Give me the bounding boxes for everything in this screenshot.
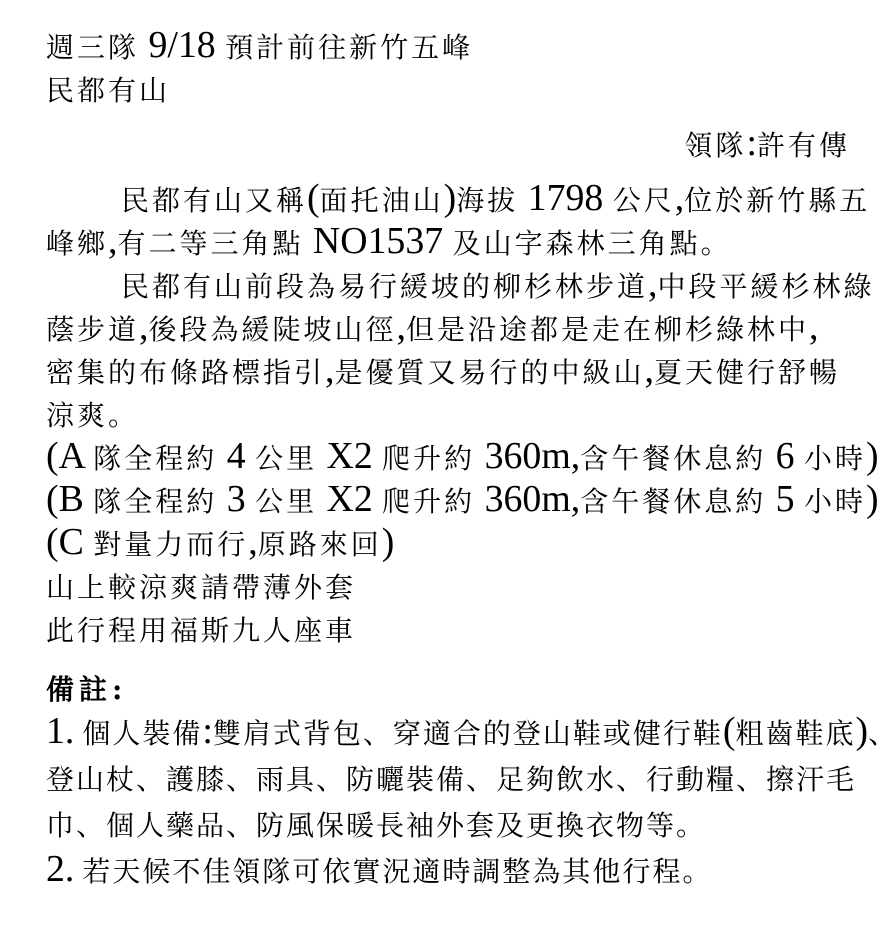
note-item-2: 2.若天候不佳領隊可依實況適時調整為其他行程。 <box>46 849 868 895</box>
notes-heading: 備註: <box>46 668 868 711</box>
description-line-2: 蔭步道,後段為緩陡坡山徑,但是沿途都是走在柳杉綠林中, <box>46 308 868 351</box>
description-line-1: 民都有山前段為易行緩坡的柳杉林步道,中段平緩杉林綠 <box>46 265 868 308</box>
note-item-1-text: 個人裝備:雙肩式背包、穿適合的登山鞋或健行鞋(粗齒鞋底)、 <box>82 717 892 750</box>
description-line-3: 密集的布條路標指引,是優質又易行的中級山,夏天健行舒暢 <box>46 351 868 394</box>
note-item-1-line-3: 巾、個人藥品、防風保暖長袖外套及更換衣物等。 <box>46 803 868 849</box>
note-item-2-text: 若天候不佳領隊可依實況適時調整為其他行程。 <box>82 855 712 888</box>
note-item-1-line-2: 登山杖、護膝、雨具、防曬裝備、足夠飲水、行動糧、擦汗毛 <box>46 757 868 803</box>
note-item-1-line-1: 1.個人裝備:雙肩式背包、穿適合的登山鞋或健行鞋(粗齒鞋底)、 <box>46 711 868 757</box>
vehicle-info: 此行程用福斯九人座車 <box>46 609 868 652</box>
intro-line-2: 峰鄉,有二等三角點 NO1537 及山字森林三角點。 <box>46 222 868 265</box>
leader-line: 領隊:許有傳 <box>46 124 868 167</box>
trip-title: 週三隊 9/18 預計前往新竹五峰 <box>46 26 868 69</box>
note-item-2-number: 2. <box>46 848 74 890</box>
team-a-plan: (A 隊全程約 4 公里 X2 爬升約 360m,含午餐休息約 6 小時) <box>46 437 868 480</box>
intro-line-1: 民都有山又稱(面托油山)海拔 1798 公尺,位於新竹縣五 <box>46 179 868 222</box>
mountain-name: 民都有山 <box>46 69 868 112</box>
note-item-1-number: 1. <box>46 710 74 752</box>
document-page: 週三隊 9/18 預計前往新竹五峰 民都有山 領隊:許有傳 民都有山又稱(面托油… <box>0 0 892 934</box>
description-line-4: 涼爽。 <box>46 394 868 437</box>
team-c-plan: (C 對量力而行,原路來回) <box>46 523 868 566</box>
jacket-reminder: 山上較涼爽請帶薄外套 <box>46 566 868 609</box>
team-b-plan: (B 隊全程約 3 公里 X2 爬升約 360m,含午餐休息約 5 小時) <box>46 480 868 523</box>
